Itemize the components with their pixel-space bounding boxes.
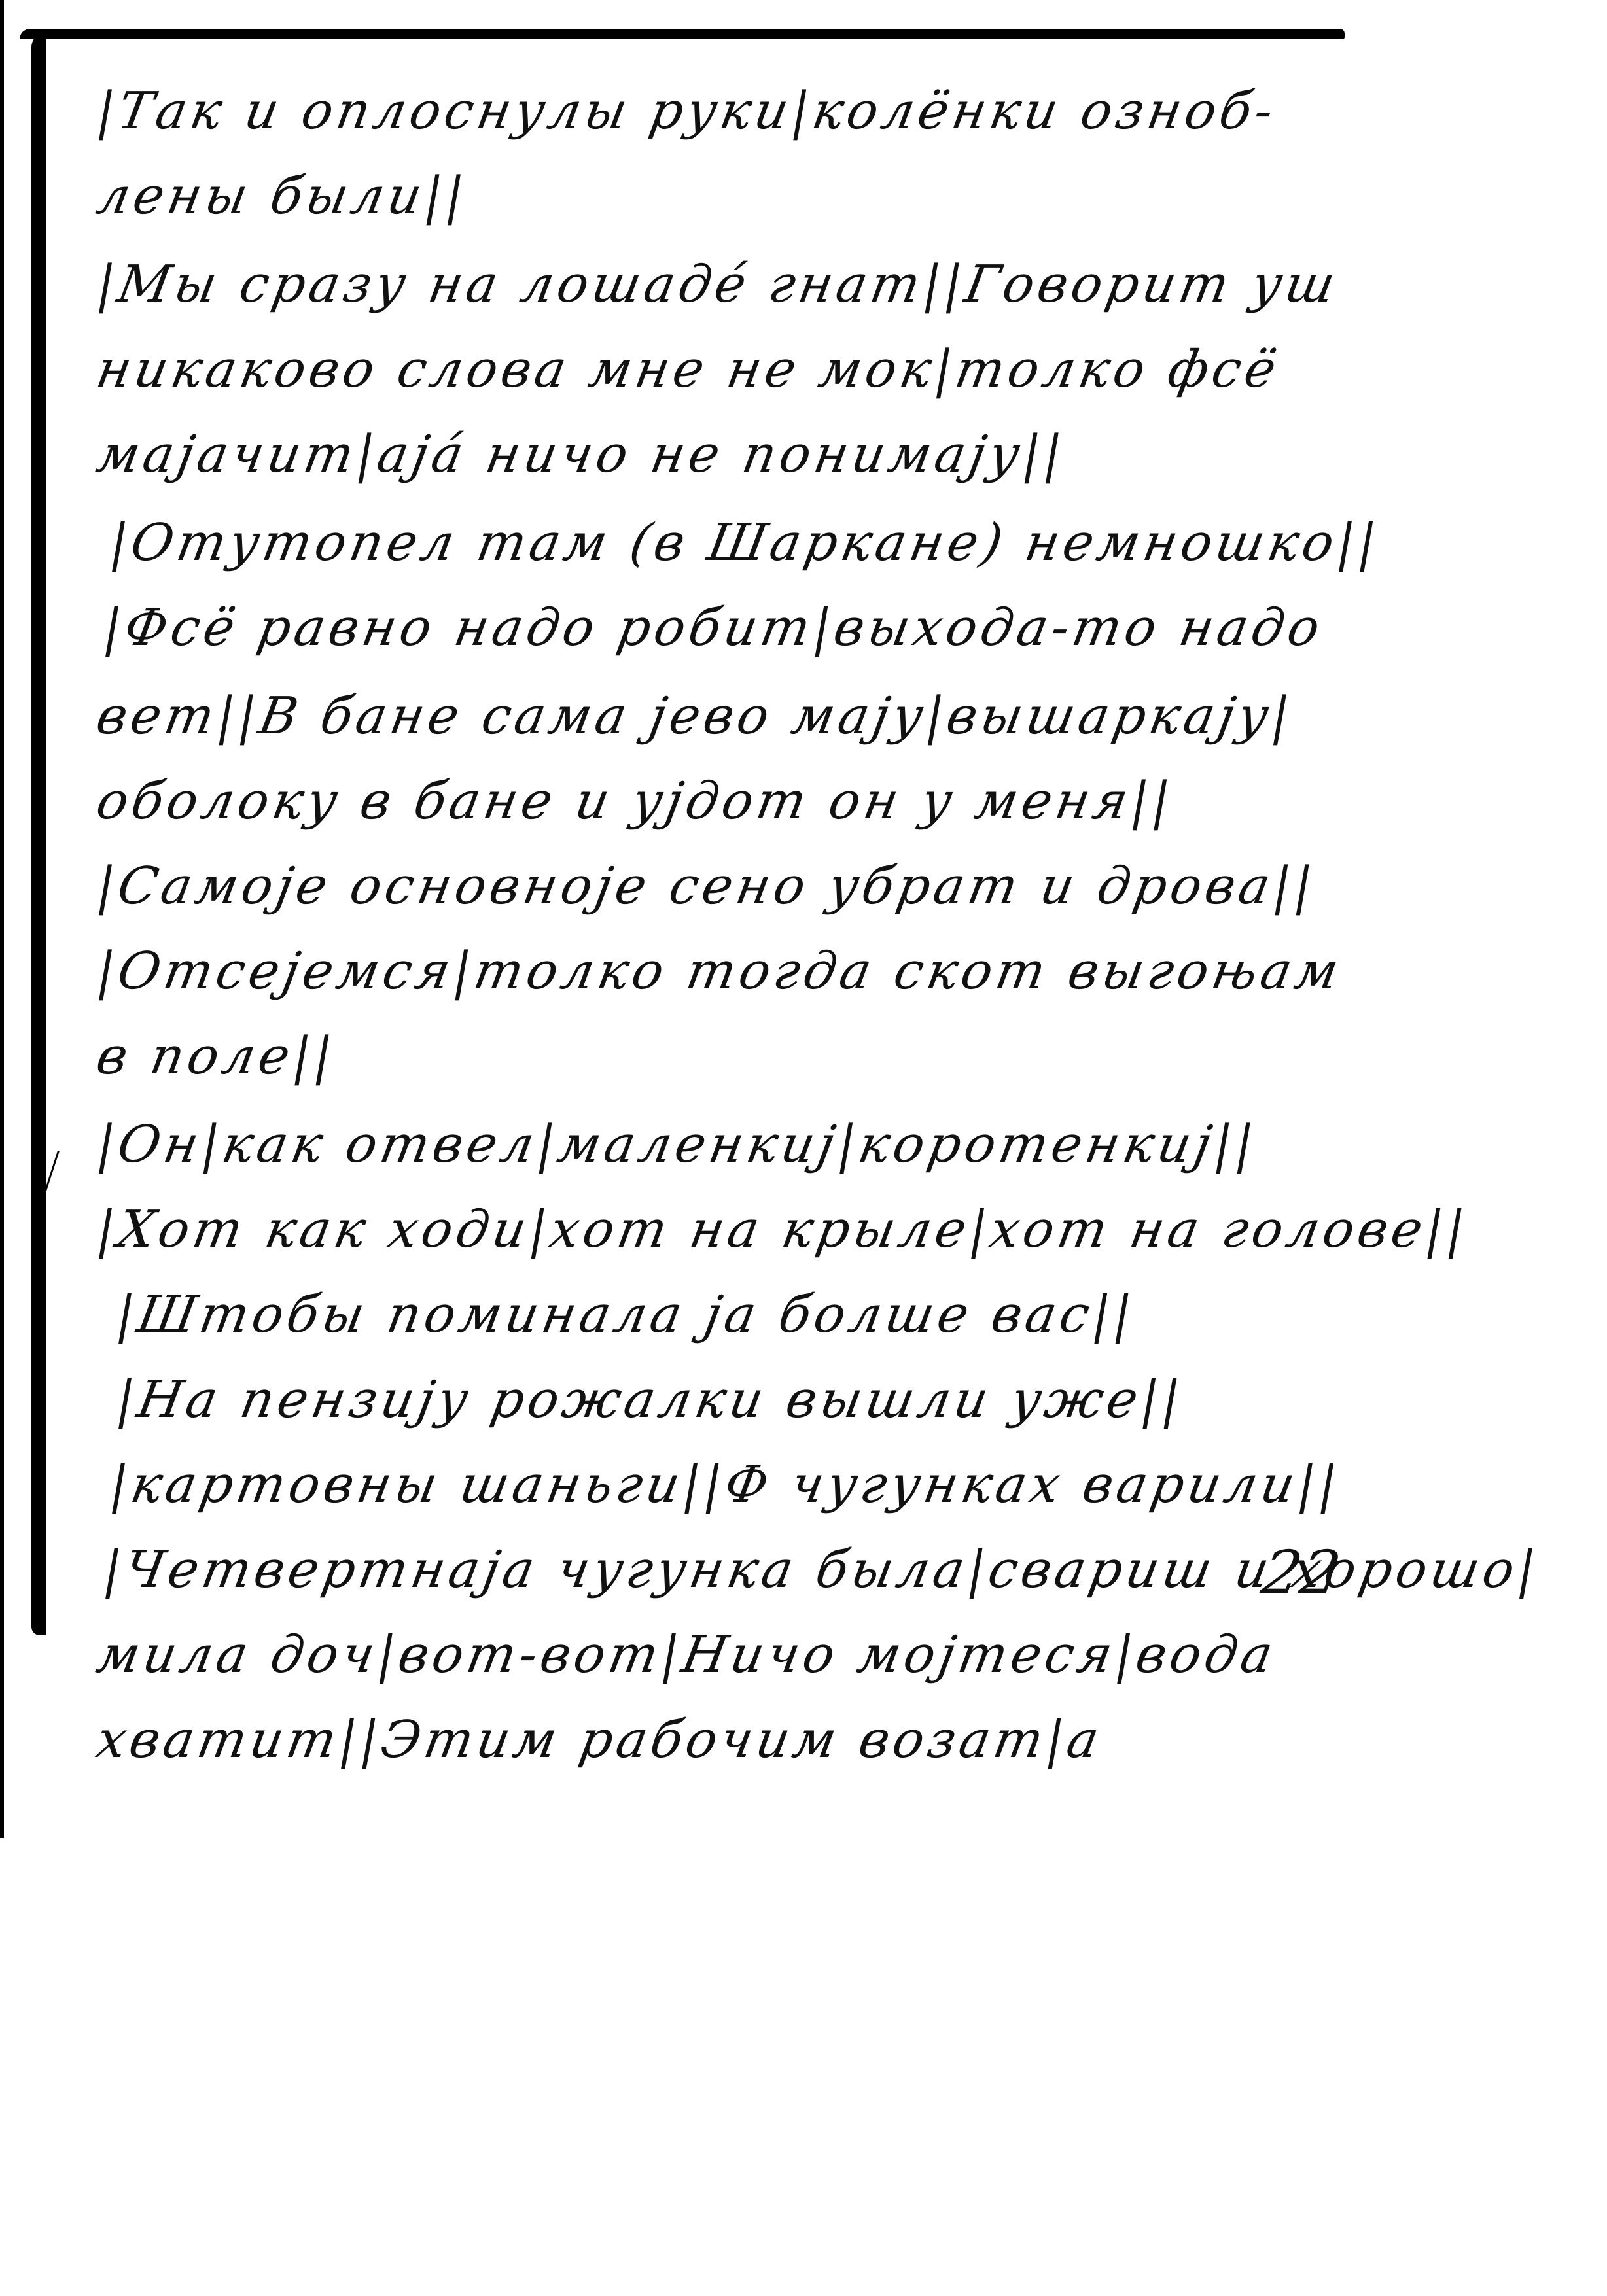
manuscript-line: |Мы сразу на лошадé гнат||Говорит уш	[92, 252, 1344, 317]
manuscript-line: |Он|как отвел|маленкиј|коротенкиј||	[92, 1112, 1263, 1177]
manuscript-line: |Отутопел там (в Шаркане) немношко||	[105, 510, 1385, 576]
page-number: 22	[1257, 1540, 1345, 1606]
manuscript-line: мила доч|вот-вот|Ничо мојтеся|вода	[92, 1622, 1281, 1688]
manuscript-line: |Самоје основноје сено убрат и дрова||	[92, 854, 1322, 919]
manuscript-line: |На пензију рожалки вышли уже||	[111, 1367, 1189, 1433]
manuscript-line: |Так и оплоснулы руки|колёнки озноб-	[92, 78, 1282, 144]
manuscript-line: в поле||	[92, 1024, 341, 1089]
manuscript-line: мајачит|ајá ничо не понимају||	[92, 422, 1071, 487]
manuscript-line: вет||В бане сама јево мају|вышаркају|	[92, 684, 1299, 749]
manuscript-line: оболоку в бане и ујдот он у меня||	[92, 769, 1179, 834]
manuscript-line: |Отсејемся|толко тогда скот выгоњам	[92, 939, 1347, 1004]
manuscript-line: |Штобы поминала ја болше вас||	[111, 1282, 1140, 1348]
manuscript-line: |Фсё равно надо робит|выхода-то надо	[98, 595, 1328, 661]
scanned-page-edge	[0, 0, 4, 1838]
notebook-left-border	[31, 33, 46, 1635]
margin-mark	[44, 1151, 69, 1191]
manuscript-line: хватит||Этим рабочим возат|а	[92, 1707, 1108, 1773]
manuscript-line: никаково слова мне не мок|толко фсё	[92, 337, 1285, 402]
manuscript-line: |Хот как ходи|хот на крыле|хот на голове…	[92, 1197, 1474, 1262]
manuscript-line: лены были||	[92, 164, 473, 229]
manuscript-line: |картовны шаньги||Ф чугунках варили||	[105, 1452, 1346, 1518]
notebook-top-border	[20, 29, 1345, 39]
